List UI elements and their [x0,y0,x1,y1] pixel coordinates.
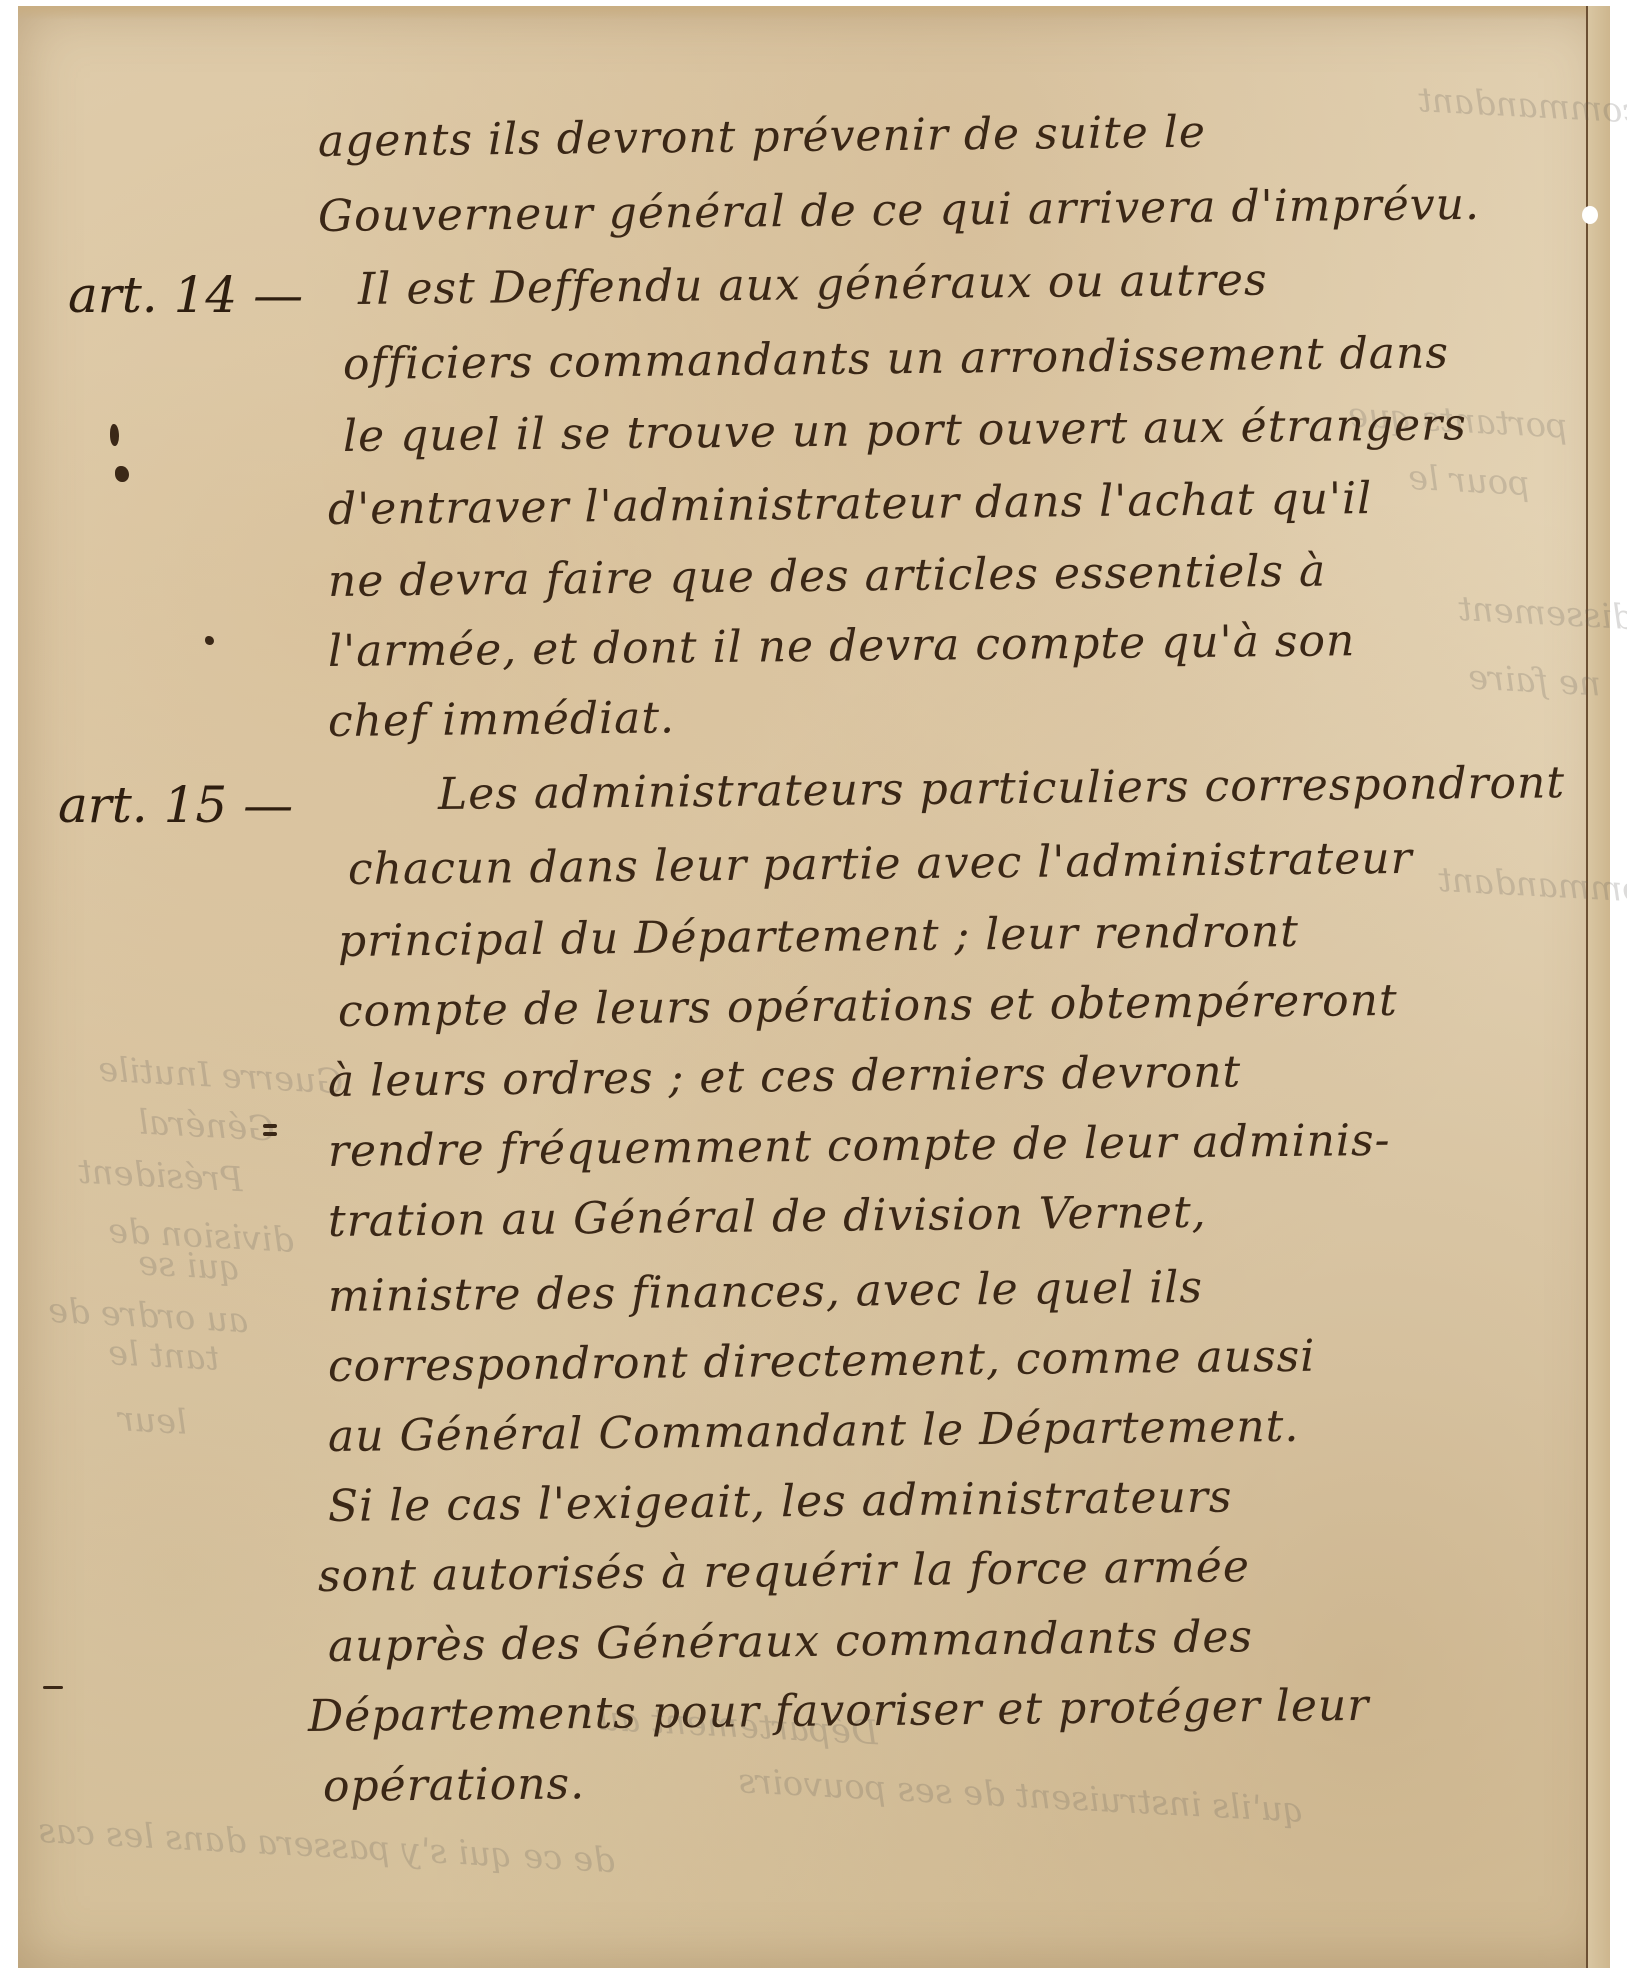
manuscript-page: commandant portants que pour le arrondis… [18,6,1610,1968]
text-line: opérations. [323,1758,586,1812]
text-line: Il est Deffendu aux généraux ou autres [358,254,1268,315]
text-line: l'armée, et dont il ne devra compte qu'à… [328,615,1356,677]
text-line: le quel il se trouve un port ouvert aux … [343,399,1467,462]
text-line: à leurs ordres ; et ces derniers devront [328,1046,1242,1107]
text-line: officiers commandants un arrondissement … [343,327,1449,390]
manuscript-text: agents ils devront prévenir de suite le … [18,6,1610,1968]
text-line: auprès des Généraux commandants des [328,1611,1254,1672]
text-line: sont autorisés à requérir la force armée [318,1541,1250,1602]
text-line: chacun dans leur partie avec l'administr… [348,833,1413,895]
article-14-label: art. 14 — [68,266,303,324]
text-line: rendre fréquemment compte de leur admini… [328,1115,1391,1177]
text-line: chef immédiat. [328,692,676,747]
text-line: tration au Général de division Vernet, [328,1187,1207,1247]
dash-mark [43,1686,63,1689]
article-15-label: art. 15 — [58,776,293,834]
text-line: correspondront directement, comme aussi [328,1331,1316,1392]
ink-blot [110,424,119,446]
text-line: Les administrateurs particuliers corresp… [438,757,1566,820]
text-line: au Général Commandant le Département. [328,1401,1300,1462]
text-line: agents ils devront prévenir de suite le [318,107,1206,167]
ink-blot [115,466,129,482]
text-line: Départements pour favoriser et protéger … [308,1680,1370,1742]
text-line: principal du Département ; leur rendront [338,906,1299,967]
dash-mark [263,1132,277,1136]
text-line: ne devra faire que des articles essentie… [328,546,1327,607]
text-line: compte de leurs opérations et obtempérer… [338,975,1398,1037]
text-line: ministre des finances, avec le quel ils [328,1262,1203,1322]
text-line: d'entraver l'administrateur dans l'achat… [328,473,1373,535]
ink-blot [205,636,214,645]
text-line: Si le cas l'exigeait, les administrateur… [328,1472,1233,1532]
text-line: Gouverneur général de ce qui arrivera d'… [318,179,1480,242]
dash-mark [263,1124,277,1128]
